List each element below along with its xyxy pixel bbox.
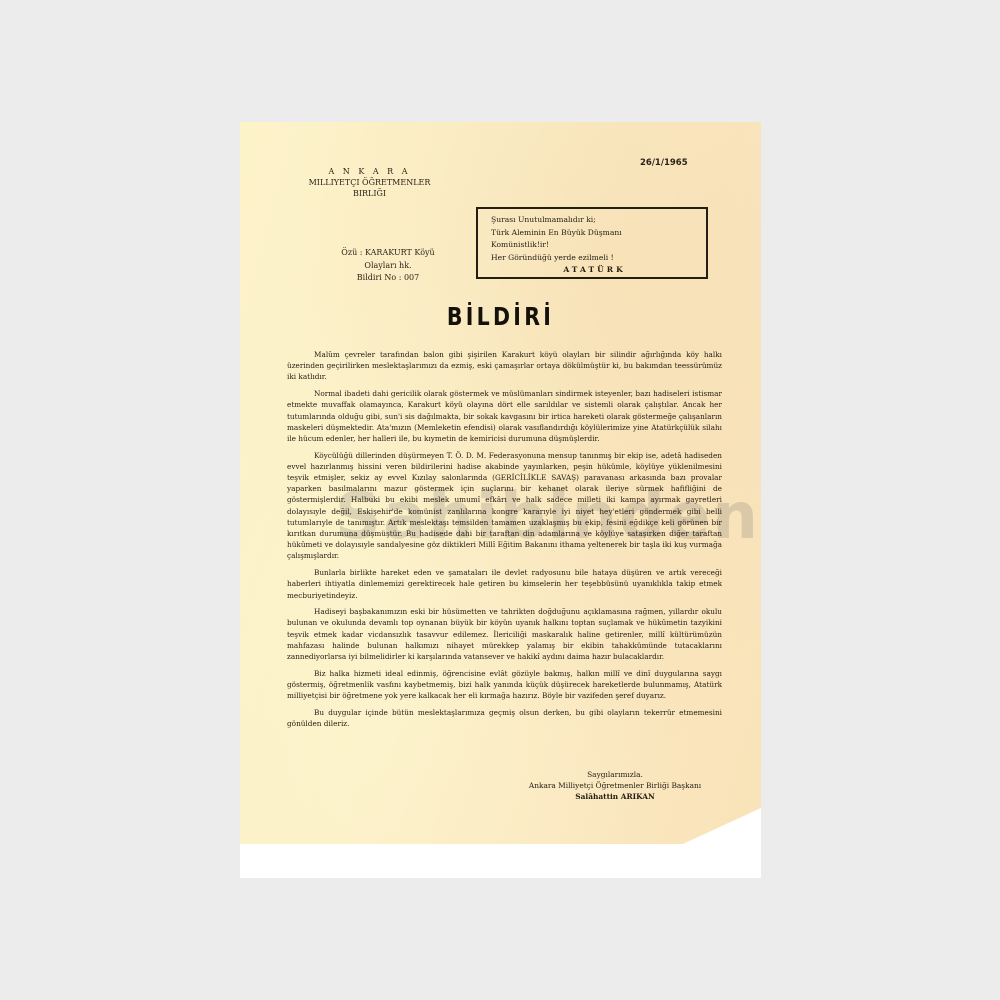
- quote-attribution: ATATÜRK: [491, 264, 706, 277]
- signatory-name: Salâhattin ARIKAN: [495, 791, 735, 802]
- bulletin-number: Bildiri No : 007: [318, 272, 458, 285]
- org-name-line: BIRLIĞI: [292, 188, 447, 199]
- document-body: Malûm çevreler tarafından balon gibi şiş…: [287, 349, 722, 735]
- body-paragraph: Malûm çevreler tarafından balon gibi şiş…: [287, 349, 722, 383]
- document-title: BİLDİRİ: [287, 302, 714, 331]
- closing: Saygılarımızla.: [495, 769, 735, 780]
- quote-line: Şurası Unutulmamalıdır ki;: [491, 214, 706, 227]
- ataturk-quote-box: Şurası Unutulmamalıdır ki; Türk Aleminin…: [476, 207, 708, 279]
- document-date: 26/1/1965: [640, 158, 688, 168]
- body-paragraph: Biz halka hizmeti ideal edinmiş, öğrenci…: [287, 668, 722, 702]
- signatory-title: Ankara Milliyetçi Öğretmenler Birliği Ba…: [495, 780, 735, 791]
- organization-header: A N K A R A MILLIYETÇI ÖĞRETMENLER BIRLI…: [292, 166, 447, 199]
- org-name-line: MILLIYETÇI ÖĞRETMENLER: [292, 177, 447, 188]
- subject-block: Özü : KARAKURT Köyü Olayları hk. Bildiri…: [318, 247, 458, 285]
- paper-sheet: Sahibinden A N K A R A MILLIYETÇI ÖĞRETM…: [240, 122, 761, 844]
- quote-line: Komünistlik!ir!: [491, 239, 706, 252]
- signature-block: Saygılarımızla. Ankara Milliyetçi Öğretm…: [495, 769, 735, 802]
- body-paragraph: Köycülüğü dillerinden düşürmeyen T. Ö. D…: [287, 450, 722, 562]
- body-paragraph: Bu duygular içinde bütün meslektaşlarımı…: [287, 707, 722, 729]
- org-city: A N K A R A: [292, 166, 447, 177]
- quote-line: Türk Aleminin En Büyük Düşmanı: [491, 227, 706, 240]
- body-paragraph: Normal ibadeti dahi gericilik olarak gös…: [287, 388, 722, 444]
- subject-line: Olayları hk.: [318, 260, 458, 273]
- subject-line: Özü : KARAKURT Köyü: [318, 247, 458, 260]
- body-paragraph: Bunlarla birlikte hareket eden ve şamata…: [287, 567, 722, 601]
- quote-line: Her Göründüğü yerde ezilmeli !: [491, 252, 706, 265]
- body-paragraph: Hadiseyi başbakanımızın eski bir hüsümet…: [287, 606, 722, 662]
- document-photo: Sahibinden A N K A R A MILLIYETÇI ÖĞRETM…: [240, 122, 761, 878]
